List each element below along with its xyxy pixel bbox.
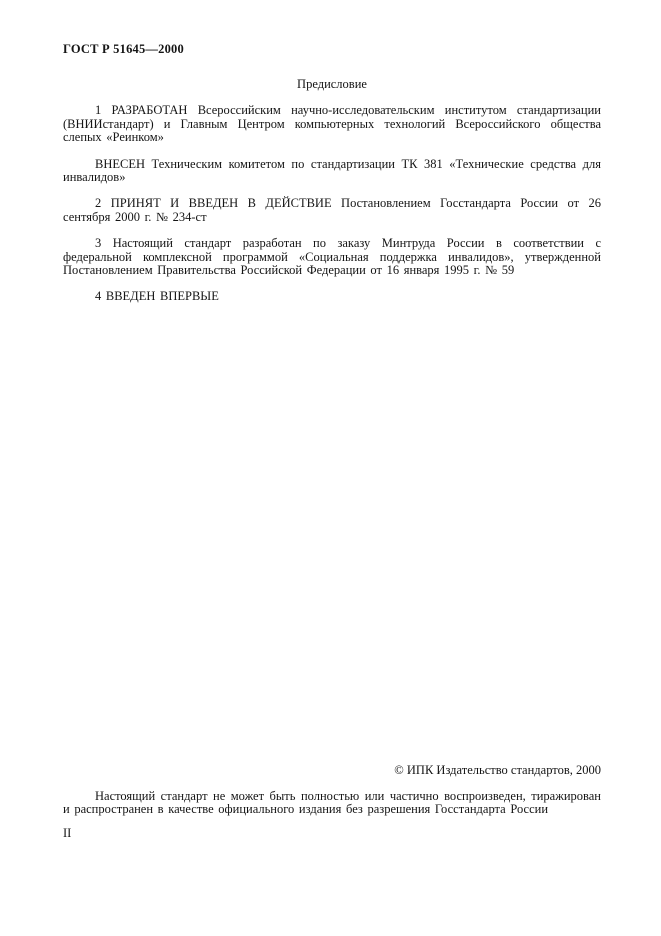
document-code: ГОСТ Р 51645—2000 <box>63 42 601 57</box>
paragraph-first-introduced: 4 ВВЕДЕН ВПЕРВЫЕ <box>63 290 601 303</box>
paragraph-submitted-by: ВНЕСЕН Техническим комитетом по стандарт… <box>63 158 601 185</box>
document-page: ГОСТ Р 51645—2000 Предисловие 1 РАЗРАБОТ… <box>0 0 661 936</box>
page-content: ГОСТ Р 51645—2000 Предисловие 1 РАЗРАБОТ… <box>63 42 601 304</box>
paragraph-developed-by: 1 РАЗРАБОТАН Всероссийским научно-исслед… <box>63 104 601 144</box>
paragraph-developed-order: 3 Настоящий стандарт разработан по заказ… <box>63 237 601 277</box>
section-title: Предисловие <box>63 78 601 91</box>
reproduction-notice: Настоящий стандарт не может быть полност… <box>63 790 601 817</box>
paragraph-adopted: 2 ПРИНЯТ И ВВЕДЕН В ДЕЙСТВИЕ Постановлен… <box>63 197 601 224</box>
copyright-line: © ИПК Издательство стандартов, 2000 <box>63 764 601 777</box>
page-number: II <box>63 827 71 840</box>
